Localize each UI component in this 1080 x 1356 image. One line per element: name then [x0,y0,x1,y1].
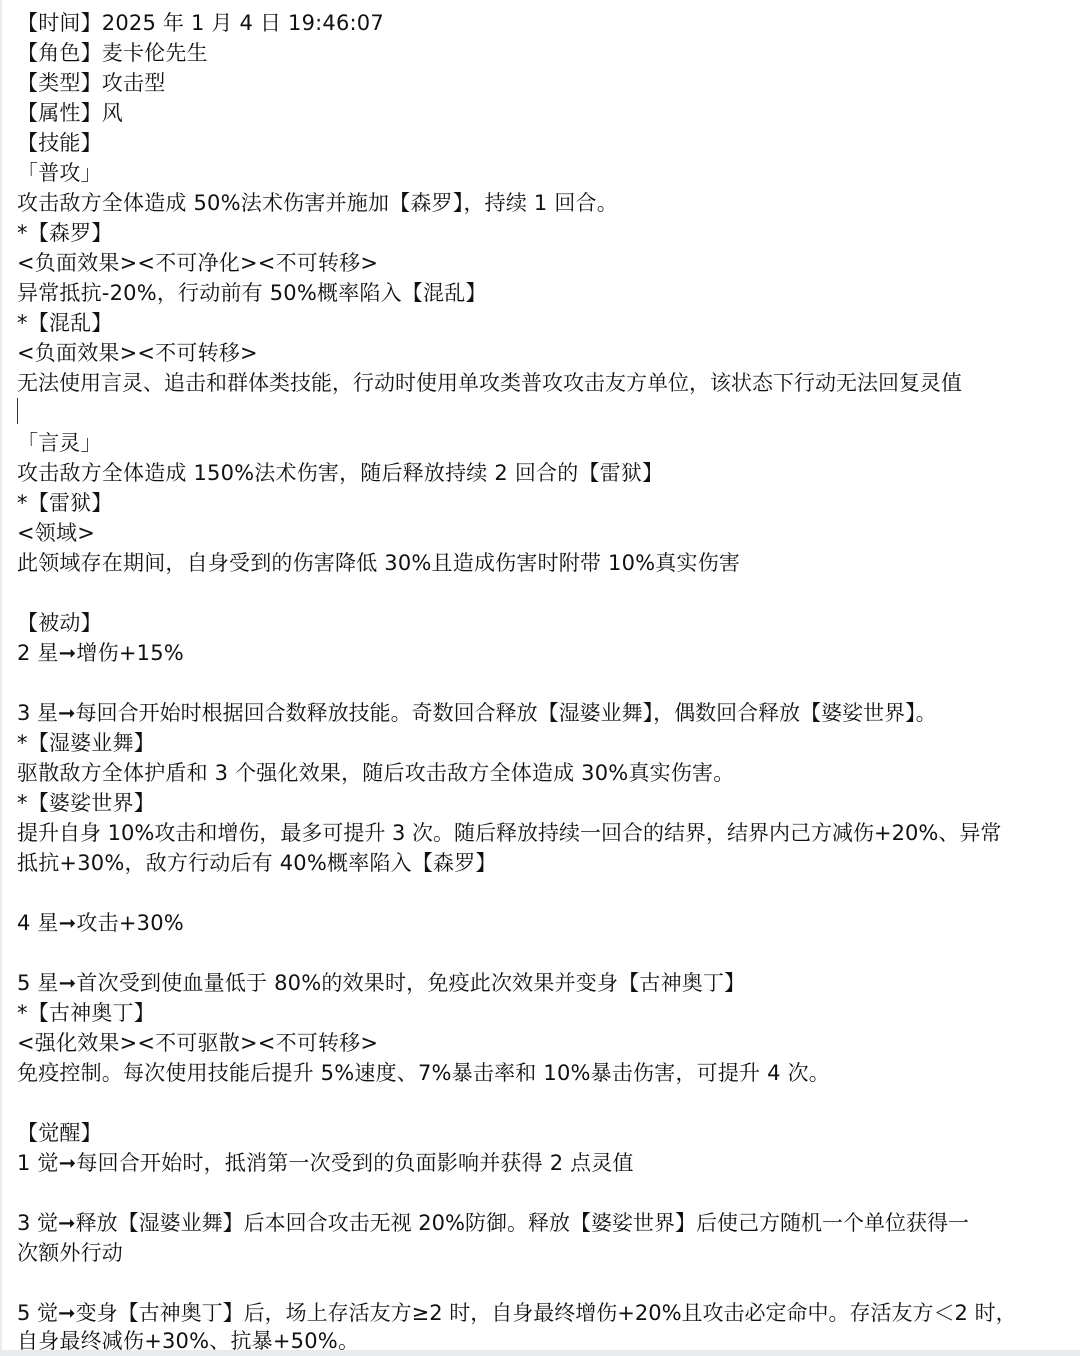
document-page[interactable]: 【时间】2025 年 1 月 4 日 19:46:07 【角色】麦卡伦先生 【类… [0,0,1080,1350]
star4-line: 4 星➞攻击+30% [17,908,1070,938]
posuo-desc-1: 提升自身 10%攻击和增伤，最多可提升 3 次。随后释放持续一回合的结界，结界内… [17,818,1070,848]
skills-heading: 【技能】 [17,128,1070,158]
senluo-desc: 异常抵抗-20%，行动前有 50%概率陷入【混乱】 [17,278,1070,308]
hunluan-tags: <负面效果><不可转移> [17,338,1070,368]
time-line: 【时间】2025 年 1 月 4 日 19:46:07 [17,8,1070,38]
star3-line: 3 星➞每回合开始时根据回合数释放技能。奇数回合释放【湿婆业舞】，偶数回合释放【… [17,698,1070,728]
hunluan-title: *【混乱】 [17,308,1070,338]
text-cursor [17,398,18,424]
yanling-title: 「言灵」 [17,428,1070,458]
odin-desc: 免疫控制。每次使用技能后提升 5%速度、7%暴击率和 10%暴击伤害，可提升 4… [17,1058,1070,1088]
posuo-title: *【婆娑世界】 [17,788,1070,818]
odin-title: *【古神奥丁】 [17,998,1070,1028]
passive-heading: 【被动】 [17,608,1070,638]
awaken3-line-2: 次额外行动 [17,1238,1070,1268]
normal-attack-desc: 攻击敌方全体造成 50%法术伤害并施加【森罗】，持续 1 回合。 [17,188,1070,218]
bottom-bar [0,1350,1080,1356]
leiyu-title: *【雷狱】 [17,488,1070,518]
star2-line: 2 星➞增伤+15% [17,638,1070,668]
attribute-line: 【属性】风 [17,98,1070,128]
awaken1-line: 1 觉➞每回合开始时，抵消第一次受到的负面影响并获得 2 点灵值 [17,1148,1070,1178]
normal-attack-title: 「普攻」 [17,158,1070,188]
yanling-desc: 攻击敌方全体造成 150%法术伤害，随后释放持续 2 回合的【雷狱】 [17,458,1070,488]
shipo-title: *【湿婆业舞】 [17,728,1070,758]
awaken-heading: 【觉醒】 [17,1118,1070,1148]
senluo-title: *【森罗】 [17,218,1070,248]
awaken3-line-1: 3 觉➞释放【湿婆业舞】后本回合攻击无视 20%防御。释放【婆娑世界】后使己方随… [17,1208,1070,1238]
role-line: 【角色】麦卡伦先生 [17,38,1070,68]
leiyu-tags: <领域> [17,518,1070,548]
posuo-desc-2: 抵抗+30%，敌方行动后有 40%概率陷入【森罗】 [17,848,1070,878]
type-line: 【类型】攻击型 [17,68,1070,98]
star5-line: 5 星➞首次受到使血量低于 80%的效果时，免疫此次效果并变身【古神奥丁】 [17,968,1070,998]
awaken5-line-1: 5 觉➞变身【古神奥丁】后，场上存活友方≥2 时，自身最终增伤+20%且攻击必定… [17,1298,1070,1328]
leiyu-desc: 此领域存在期间，自身受到的伤害降低 30%且造成伤害时附带 10%真实伤害 [17,548,1070,578]
odin-tags: <强化效果><不可驱散><不可转移> [17,1028,1070,1058]
shipo-desc: 驱散敌方全体护盾和 3 个强化效果，随后攻击敌方全体造成 30%真实伤害。 [17,758,1070,788]
hunluan-desc: 无法使用言灵、追击和群体类技能，行动时使用单攻类普攻攻击友方单位，该状态下行动无… [17,368,1070,398]
senluo-tags: <负面效果><不可净化><不可转移> [17,248,1070,278]
